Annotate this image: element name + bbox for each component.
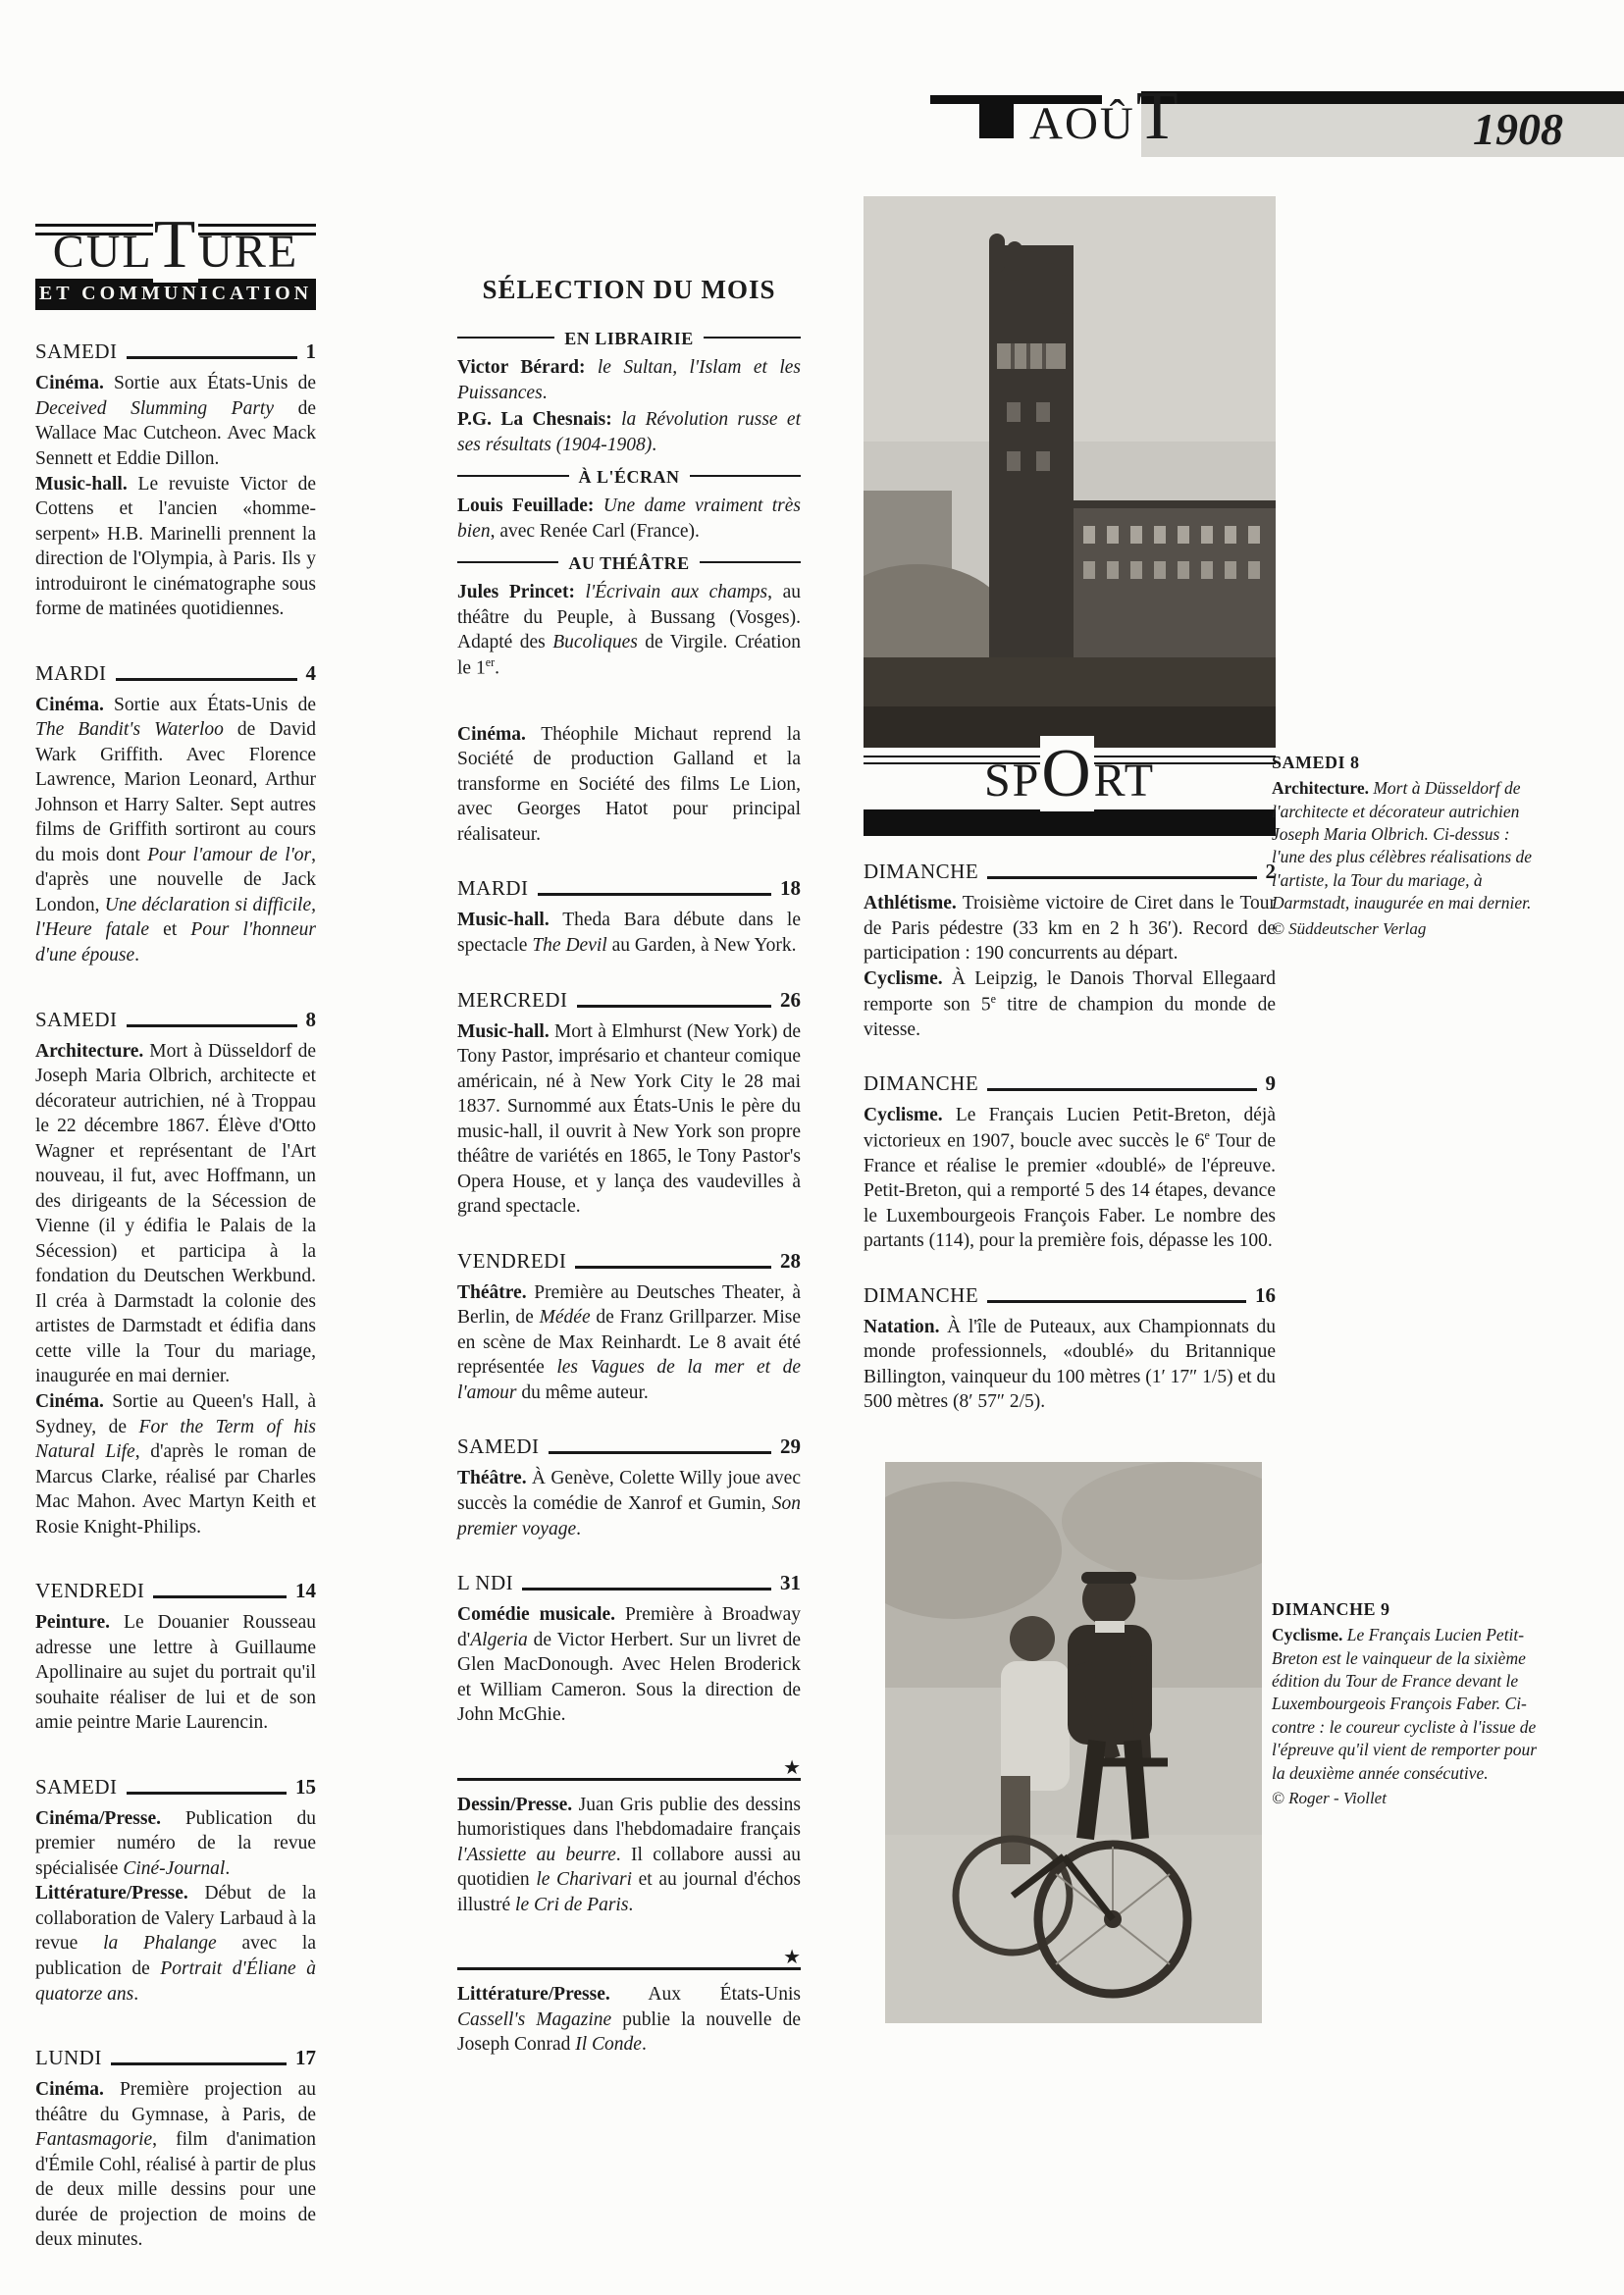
entry-vendredi-14: VENDREDI 14 Peinture. Le Douanier Rousse… <box>35 1579 316 1736</box>
cyclist-photo <box>885 1462 1262 2023</box>
entry-day-header: MARDI 4 <box>35 661 316 686</box>
selection-item: Victor Bérard: le Sultan, l'Islam et les… <box>457 355 801 405</box>
caption-body: Architecture. Mort à Düsseldorf de l'arc… <box>1272 777 1545 915</box>
culture-subtitle-band: ET COMMUNICATION <box>35 279 316 310</box>
entry-dimanche-16: DIMANCHE 16 Natation. À l'île de Puteaux… <box>864 1283 1276 1415</box>
subhead-rule-left <box>457 337 554 339</box>
subhead-rule-left <box>457 561 558 563</box>
day-label: MARDI <box>35 661 107 686</box>
day-label: SAMEDI <box>35 339 118 364</box>
day-label: MARDI <box>457 876 529 901</box>
day-label: SAMEDI <box>35 1008 118 1032</box>
entry-day-header: MERCREDI 26 <box>457 988 801 1013</box>
day-rule <box>987 876 1256 879</box>
entry-body: Comédie musicale. Première à Broadway d'… <box>457 1602 801 1728</box>
year-text: 1908 <box>1141 104 1624 155</box>
entry-vendredi-28: VENDREDI 28 Théâtre. Première au Deutsch… <box>457 1249 801 1406</box>
entry-body: Théâtre. Première au Deutsches Theater, … <box>457 1280 801 1406</box>
entry-day-header: SAMEDI 8 <box>35 1008 316 1032</box>
day-number: 1 <box>306 339 317 364</box>
selection-item: Louis Feuillade: Une dame vraiment très … <box>457 494 801 544</box>
day-rule <box>127 1024 297 1027</box>
page-header-month: AOÛT <box>979 98 1181 149</box>
photo-credit: © Süddeutscher Verlag <box>1272 918 1545 941</box>
entry-samedi-15: SAMEDI 15 Cinéma/Presse. Publication du … <box>35 1775 316 2007</box>
sport-entries: DIMANCHE 2 Athlétisme. Troisième victoir… <box>864 860 1276 1415</box>
entry-day-header: L NDI 31 <box>457 1571 801 1595</box>
day-label: MERCREDI <box>457 988 568 1013</box>
day-label: DIMANCHE <box>864 1283 978 1308</box>
day-number: 4 <box>306 661 317 686</box>
entry-day-header: MARDI 18 <box>457 876 801 901</box>
day-number: 26 <box>780 988 801 1013</box>
day-number: 14 <box>295 1579 316 1603</box>
day-label: VENDREDI <box>35 1579 144 1603</box>
entry-samedi-1: SAMEDI 1 Cinéma. Sortie aux États-Unis d… <box>35 339 316 621</box>
entry-samedi-8: SAMEDI 8 Architecture. Mort à Düsseldorf… <box>35 1008 316 1540</box>
day-label: DIMANCHE <box>864 1071 978 1096</box>
entry-body: Music-hall. Mort à Elmhurst (New York) d… <box>457 1019 801 1220</box>
selection-title: SÉLECTION DU MOIS <box>457 275 801 305</box>
sport-title: SPORT <box>864 756 1276 806</box>
sport-big-o: O <box>1040 736 1093 811</box>
star-icon: ★ <box>457 1951 801 1964</box>
day-rule <box>116 678 297 681</box>
subhead-rule-right <box>700 561 801 563</box>
caption-body: Cyclisme. Le Français Lucien Petit-Breto… <box>1272 1624 1545 1785</box>
star-icon: ★ <box>457 1761 801 1775</box>
entry-day-header: SAMEDI 1 <box>35 339 316 364</box>
day-rule <box>987 1088 1256 1091</box>
entry-dessin-presse: Dessin/Presse. Juan Gris publie des dess… <box>457 1793 801 1918</box>
year-box: 1908 <box>1141 91 1624 157</box>
day-number: 18 <box>780 876 801 901</box>
entry-litterature-presse: Littérature/Presse. Aux États-Unis Casse… <box>457 1982 801 2058</box>
entry-day-header: DIMANCHE 9 <box>864 1071 1276 1096</box>
star-rule <box>457 1778 801 1781</box>
entry-day-header: SAMEDI 15 <box>35 1775 316 1799</box>
entry-mardi-18: MARDI 18 Music-hall. Theda Bara débute d… <box>457 876 801 958</box>
day-number: 28 <box>780 1249 801 1274</box>
selection-item: Jules Princet: l'Écrivain aux champs, au… <box>457 580 801 681</box>
day-rule <box>538 893 771 896</box>
day-label: SAMEDI <box>35 1775 118 1799</box>
selection-column: SÉLECTION DU MOIS EN LIBRAIRIE Victor Bé… <box>457 275 801 2087</box>
entry-mercredi-26: MERCREDI 26 Music-hall. Mort à Elmhurst … <box>457 988 801 1220</box>
cyclist-photo-frame <box>885 1462 1276 2023</box>
entry-samedi-29: SAMEDI 29 Théâtre. À Genève, Colette Wil… <box>457 1434 801 1541</box>
black-square-icon <box>979 104 1014 138</box>
entry-body: Athlétisme. Troisième victoire de Ciret … <box>864 891 1276 1042</box>
entry-body: Cyclisme. Le Français Lucien Petit-Breto… <box>864 1103 1276 1254</box>
sport-column: SPORT DIMANCHE 2 Athlétisme. Troisième v… <box>864 196 1276 2023</box>
spacer <box>457 683 801 722</box>
entry-day-header: VENDREDI 28 <box>457 1249 801 1274</box>
subhead-theatre: AU THÉÂTRE <box>457 553 801 574</box>
day-number: 16 <box>1255 1283 1276 1308</box>
day-label: DIMANCHE <box>864 860 978 884</box>
day-rule <box>577 1005 771 1008</box>
entry-mardi-4: MARDI 4 Cinéma. Sortie aux États-Unis de… <box>35 661 316 968</box>
month-text: AOÛ <box>1029 98 1135 149</box>
day-number: 9 <box>1266 1071 1277 1096</box>
day-number: 8 <box>306 1008 317 1032</box>
day-rule <box>522 1588 771 1591</box>
entry-body: Cinéma/Presse. Publication du premier nu… <box>35 1806 316 2007</box>
entry-cinema-lead: Cinéma. Théophile Michaut reprend la Soc… <box>457 722 801 848</box>
entry-dimanche-2: DIMANCHE 2 Athlétisme. Troisième victoir… <box>864 860 1276 1042</box>
sport-black-bar <box>864 809 1276 836</box>
day-label: LUNDI <box>35 2046 102 2070</box>
day-rule <box>987 1300 1246 1303</box>
day-number: 15 <box>295 1775 316 1799</box>
culture-entries: SAMEDI 1 Cinéma. Sortie aux États-Unis d… <box>35 339 316 2252</box>
subhead-rule-right <box>704 337 801 339</box>
subhead-rule-right <box>690 475 802 477</box>
culture-big-t: T <box>153 207 199 283</box>
entry-lundi-31: L NDI 31 Comédie musicale. Première à Br… <box>457 1571 801 1728</box>
caption-dimanche-9: DIMANCHE 9 Cyclisme. Le Français Lucien … <box>1272 1597 1545 1810</box>
day-label: L NDI <box>457 1571 513 1595</box>
star-rule <box>457 1967 801 1970</box>
day-rule <box>127 356 297 359</box>
day-label: VENDREDI <box>457 1249 566 1274</box>
day-number: 29 <box>780 1434 801 1459</box>
entry-day-header: DIMANCHE 2 <box>864 860 1276 884</box>
entry-body: Théâtre. À Genève, Colette Willy joue av… <box>457 1466 801 1541</box>
day-rule <box>549 1451 771 1454</box>
entry-day-header: VENDREDI 14 <box>35 1579 316 1603</box>
subhead-ecran: À L'ÉCRAN <box>457 467 801 488</box>
subhead-librairie: EN LIBRAIRIE <box>457 329 801 349</box>
entry-body: Cinéma. Première projection au théâtre d… <box>35 2077 316 2253</box>
selection-item: P.G. La Chesnais: la Révolution russe et… <box>457 407 801 457</box>
day-rule <box>153 1595 287 1598</box>
entry-body: Peinture. Le Douanier Rousseau adresse u… <box>35 1610 316 1736</box>
photo-credit: © Roger - Viollet <box>1272 1788 1545 1810</box>
subhead-rule-left <box>457 475 569 477</box>
entry-lundi-17: LUNDI 17 Cinéma. Première projection au … <box>35 2046 316 2253</box>
day-label: SAMEDI <box>457 1434 540 1459</box>
entry-day-header: SAMEDI 29 <box>457 1434 801 1459</box>
day-rule <box>111 2062 287 2065</box>
wedding-tower-photo <box>864 196 1276 748</box>
entry-body: Cinéma. Sortie aux États-Unis de The Ban… <box>35 693 316 968</box>
entry-day-header: LUNDI 17 <box>35 2046 316 2070</box>
day-rule <box>575 1266 771 1269</box>
entry-dimanche-9: DIMANCHE 9 Cyclisme. Le Français Lucien … <box>864 1071 1276 1254</box>
caption-day: SAMEDI 8 <box>1272 751 1545 774</box>
day-number: 17 <box>295 2046 316 2070</box>
day-number: 31 <box>780 1571 801 1595</box>
entry-body: Music-hall. Theda Bara débute dans le sp… <box>457 908 801 958</box>
entry-body: Cinéma. Sortie aux États-Unis de Deceive… <box>35 371 316 621</box>
entry-day-header: DIMANCHE 16 <box>864 1283 1276 1308</box>
almanac-page: AOÛT 1908 CULTURE ET COMMUNICATION SAMED… <box>0 0 1624 2295</box>
caption-samedi-8: SAMEDI 8 Architecture. Mort à Düsseldorf… <box>1272 751 1545 941</box>
day-rule <box>127 1792 287 1795</box>
entry-body: Architecture. Mort à Düsseldorf de Josep… <box>35 1039 316 1540</box>
caption-day: DIMANCHE 9 <box>1272 1597 1545 1621</box>
entry-body: Natation. À l'île de Puteaux, aux Champi… <box>864 1315 1276 1415</box>
month-big-t: T <box>1135 78 1181 154</box>
culture-title: CULTURE <box>35 228 316 277</box>
culture-column: CULTURE ET COMMUNICATION SAMEDI 1 Cinéma… <box>35 224 316 2292</box>
